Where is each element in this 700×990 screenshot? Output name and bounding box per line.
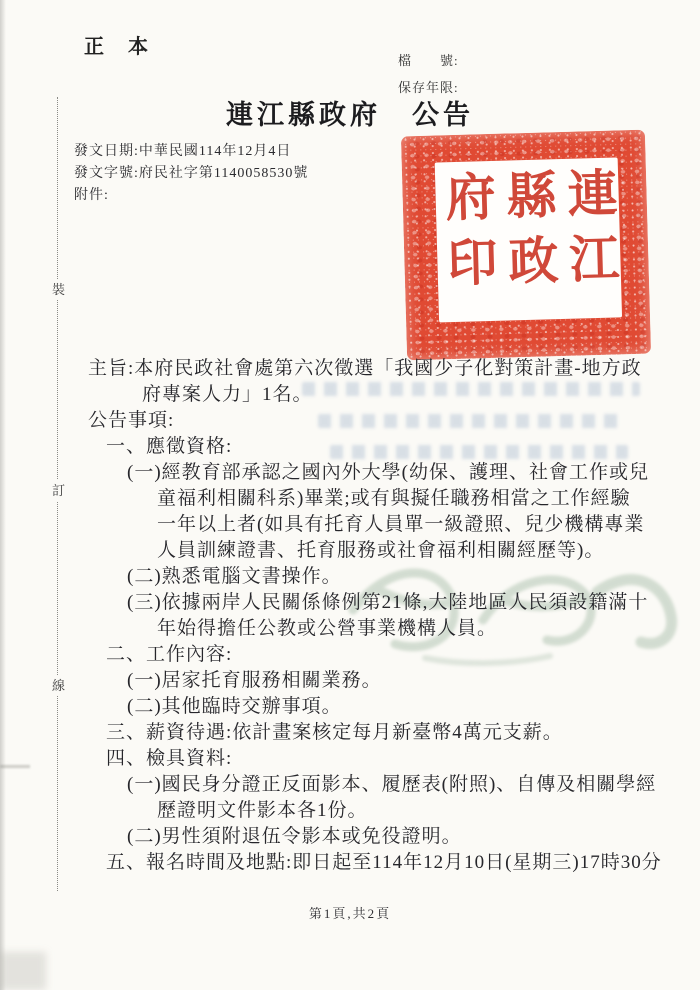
body-line: 二、工作內容:: [106, 642, 654, 668]
body-line: (一)經教育部承認之國內外大學(幼保、護理、社會工作或兒: [127, 460, 654, 486]
body-line: (三)依據兩岸人民關係條例第21條,大陸地區人民須設籍滿十: [127, 590, 654, 616]
attachment-line: 附件:: [74, 185, 308, 207]
issue-date-line: 發文日期:中華民國114年12月4日: [74, 141, 308, 163]
scan-edge-shadow: [0, 0, 6, 990]
body-line: 三、薪資待遇:依計畫案核定每月新臺幣4萬元支薪。: [106, 720, 654, 746]
binding-mark-ding: 訂: [51, 480, 66, 501]
body-line: 一、應徵資格:: [106, 434, 654, 460]
body-line: 五、報名時間及地點:即日起至114年12月10日(星期三)17時30分: [106, 850, 654, 876]
binding-mark-zhuang: 裝: [51, 279, 66, 300]
body-line: 童福利相關科系)畢業;或有與擬任職務相當之工作經驗: [157, 486, 654, 512]
official-seal-inner: 連江縣政府印: [435, 157, 622, 322]
body-line: 四、檢具資料:: [106, 746, 654, 772]
body-line: (二)其他臨時交辦事項。: [127, 694, 654, 720]
body-line: (一)國民身分證正反面影本、履歷表(附照)、自傳及相關學經: [127, 772, 654, 798]
body-line: 主旨:本府民政社會處第六次徵選「我國少子化對策計畫-地方政: [88, 356, 654, 382]
body-line: (二)男性須附退伍令影本或免役證明。: [127, 824, 654, 850]
scan-corner-smudge: [0, 952, 46, 990]
body-line: 年始得擔任公教或公營事業機構人員。: [157, 616, 654, 642]
file-number-label: 檔 號:: [398, 50, 459, 69]
binding-mark-xian: 線: [51, 675, 66, 696]
body-line: (一)居家托育服務相關業務。: [127, 668, 654, 694]
scanned-announcement-page: 正 本 檔 號: 保存年限: 連江縣政府 公告 發文日期:中華民國114年12月…: [0, 0, 700, 990]
document-meta: 發文日期:中華民國114年12月4日 發文字號:府民社字第1140058530號…: [74, 141, 308, 207]
body-line: 一年以上者(如具有托育人員單一級證照、兒少機構專業: [157, 512, 654, 538]
body-line: 府專案人力」1名。: [142, 382, 654, 408]
doc-number-line: 發文字號:府民社字第1140058530號: [74, 163, 308, 185]
page-title: 連江縣政府 公告: [0, 93, 700, 132]
scan-edge-artifact: [0, 765, 30, 768]
official-seal: 連江縣政府印: [401, 130, 651, 361]
announcement-body: 主旨:本府民政社會處第六次徵選「我國少子化對策計畫-地方政 府專案人力」1名。 …: [88, 356, 654, 876]
copy-type-label: 正 本: [84, 30, 150, 59]
body-line: 歷證明文件影本各1份。: [157, 798, 654, 824]
page-number: 第1頁,共2頁: [0, 903, 700, 922]
official-seal-text: 連江縣政府印: [435, 157, 622, 322]
body-line: (二)熟悉電腦文書操作。: [127, 564, 654, 590]
body-line: 公告事項:: [88, 408, 654, 434]
body-line: 人員訓練證書、托育服務或社會福利相關經歷等)。: [157, 538, 654, 564]
